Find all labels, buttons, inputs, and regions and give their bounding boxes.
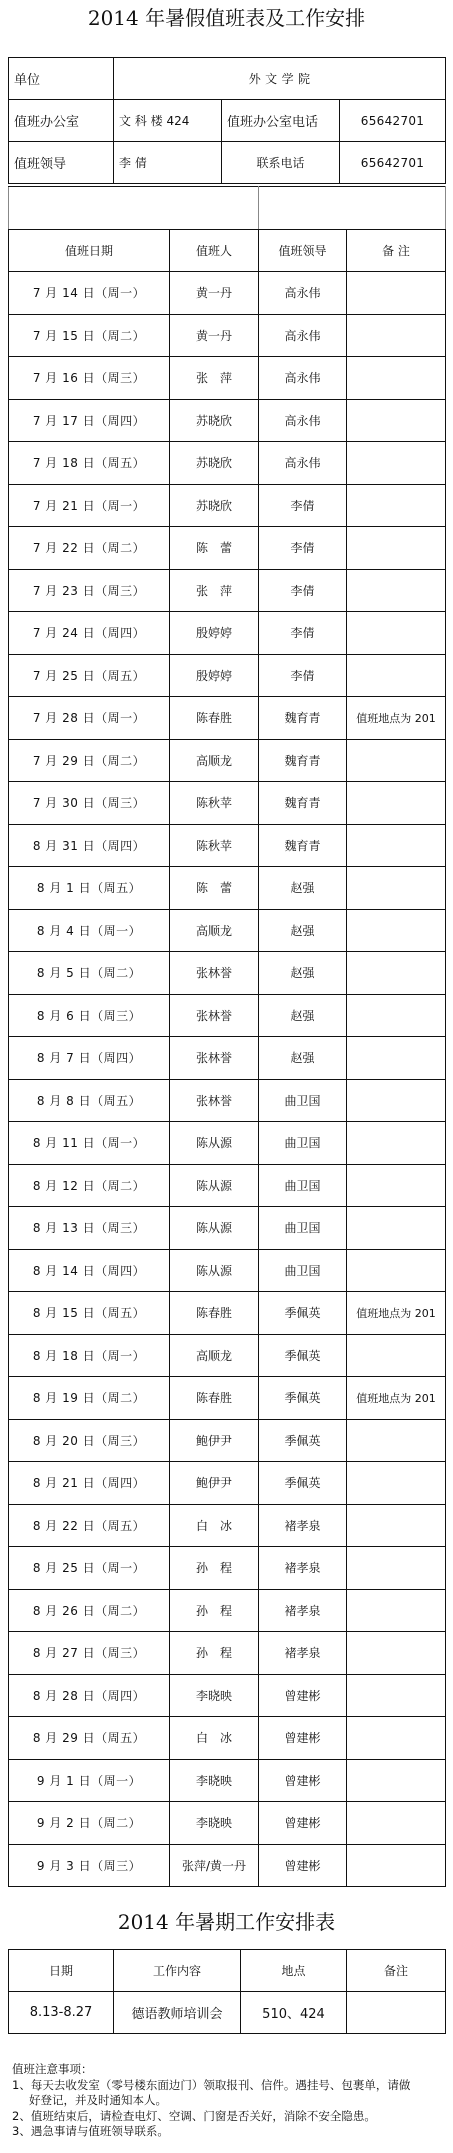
schedule-date: 8 月 6 日（周三）	[9, 994, 170, 1037]
schedule-person: 陈从源	[170, 1122, 259, 1165]
schedule-note	[347, 1802, 446, 1845]
schedule-person: 张萍/黄一丹	[170, 1844, 259, 1887]
schedule-note	[347, 612, 446, 655]
work-row: 8.13-8.27 德语教师培训会 510、424	[9, 1992, 446, 2034]
schedule-person: 陈春胜	[170, 1292, 259, 1335]
schedule-date: 8 月 26 日（周二）	[9, 1589, 170, 1632]
schedule-date: 9 月 2 日（周二）	[9, 1802, 170, 1845]
schedule-date: 8 月 8 日（周五）	[9, 1079, 170, 1122]
info-row-office: 值班办公室 文 科 楼 424 值班办公室电话 65642701	[9, 100, 446, 142]
schedule-person: 苏晓欣	[170, 484, 259, 527]
contact-phone-value: 65642701	[340, 142, 446, 184]
schedule-leader: 曾建彬	[259, 1674, 347, 1717]
schedule-note	[347, 654, 446, 697]
schedule-date: 8 月 25 日（周一）	[9, 1547, 170, 1590]
schedule-person: 陈从源	[170, 1207, 259, 1250]
schedule-person: 张林誉	[170, 1037, 259, 1080]
schedule-person: 鲍伊尹	[170, 1419, 259, 1462]
spacer-cell	[9, 187, 259, 230]
schedule-row: 7 月 16 日（周三）张 萍高永伟	[9, 357, 446, 400]
leader-value: 李 倩	[114, 142, 222, 184]
schedule-row: 7 月 28 日（周一）陈春胜魏育青值班地点为 201	[9, 697, 446, 740]
schedule-date: 8 月 7 日（周四）	[9, 1037, 170, 1080]
schedule-date: 8 月 21 日（周四）	[9, 1462, 170, 1505]
schedule-leader: 赵强	[259, 994, 347, 1037]
schedule-person: 孙 程	[170, 1632, 259, 1675]
schedule-row: 8 月 7 日（周四）张林誉赵强	[9, 1037, 446, 1080]
page-title: 2014 年暑假值班表及工作安排	[0, 2, 453, 31]
schedule-date: 7 月 17 日（周四）	[9, 399, 170, 442]
schedule-row: 8 月 27 日（周三）孙 程褚孝泉	[9, 1632, 446, 1675]
work-header-date: 日期	[9, 1950, 114, 1992]
schedule-row: 7 月 15 日（周二）黄一丹高永伟	[9, 314, 446, 357]
schedule-leader: 褚孝泉	[259, 1547, 347, 1590]
office-value: 文 科 楼 424	[114, 100, 222, 142]
schedule-person: 张林誉	[170, 952, 259, 995]
header-date: 值班日期	[9, 229, 170, 272]
schedule-note	[347, 1334, 446, 1377]
schedule-person: 苏晓欣	[170, 442, 259, 485]
schedule-leader: 李倩	[259, 612, 347, 655]
schedule-date: 8 月 18 日（周一）	[9, 1334, 170, 1377]
duty-schedule-table: 值班日期 值班人 值班领导 备 注 7 月 14 日（周一）黄一丹高永伟7 月 …	[8, 186, 446, 1887]
spacer-row	[9, 187, 446, 230]
schedule-note	[347, 1717, 446, 1760]
schedule-leader: 魏育青	[259, 824, 347, 867]
schedule-row: 8 月 19 日（周二）陈春胜季佩英值班地点为 201	[9, 1377, 446, 1420]
schedule-note	[347, 1419, 446, 1462]
schedule-person: 陈秋苹	[170, 824, 259, 867]
schedule-leader: 季佩英	[259, 1377, 347, 1420]
schedule-person: 白 冰	[170, 1717, 259, 1760]
schedule-row: 8 月 21 日（周四）鲍伊尹季佩英	[9, 1462, 446, 1505]
header-person: 值班人	[170, 229, 259, 272]
schedule-note	[347, 442, 446, 485]
schedule-leader: 曲卫国	[259, 1079, 347, 1122]
info-row-unit: 单位 外 文 学 院	[9, 58, 446, 100]
schedule-note	[347, 1759, 446, 1802]
notes-item: 3、遇急事请与值班领导联系。	[12, 2124, 442, 2140]
schedule-leader: 赵强	[259, 867, 347, 910]
schedule-person: 高顺龙	[170, 909, 259, 952]
schedule-leader: 曾建彬	[259, 1844, 347, 1887]
info-row-leader: 值班领导 李 倩 联系电话 65642701	[9, 142, 446, 184]
schedule-leader: 季佩英	[259, 1334, 347, 1377]
schedule-person: 陈 蕾	[170, 527, 259, 570]
schedule-person: 黄一丹	[170, 314, 259, 357]
schedule-note	[347, 824, 446, 867]
schedule-person: 孙 程	[170, 1589, 259, 1632]
schedule-row: 7 月 17 日（周四）苏晓欣高永伟	[9, 399, 446, 442]
schedule-person: 黄一丹	[170, 272, 259, 315]
schedule-note	[347, 1462, 446, 1505]
schedule-note	[347, 484, 446, 527]
schedule-leader: 曲卫国	[259, 1249, 347, 1292]
schedule-date: 7 月 14 日（周一）	[9, 272, 170, 315]
schedule-person: 张 萍	[170, 569, 259, 612]
schedule-person: 张林誉	[170, 1079, 259, 1122]
schedule-date: 7 月 21 日（周一）	[9, 484, 170, 527]
schedule-note	[347, 1844, 446, 1887]
schedule-row: 8 月 18 日（周一）高顺龙季佩英	[9, 1334, 446, 1377]
work-note	[347, 1992, 446, 2034]
work-header-location: 地点	[241, 1950, 347, 1992]
schedule-date: 7 月 30 日（周三）	[9, 782, 170, 825]
schedule-leader: 赵强	[259, 909, 347, 952]
schedule-person: 陈春胜	[170, 1377, 259, 1420]
office-phone-label: 值班办公室电话	[222, 100, 340, 142]
schedule-note	[347, 867, 446, 910]
notes-item-continued: 好登记，并及时通知本人。	[12, 2093, 442, 2109]
duty-notes: 值班注意事项： 1、每天去收发室（零号楼东面边门）领取报刊、信件。遇挂号、包裹单…	[12, 2062, 442, 2140]
schedule-note	[347, 1249, 446, 1292]
unit-label: 单位	[9, 58, 114, 100]
work-title: 2014 年暑期工作安排表	[0, 1906, 453, 1935]
schedule-date: 8 月 12 日（周二）	[9, 1164, 170, 1207]
schedule-person: 鲍伊尹	[170, 1462, 259, 1505]
schedule-row: 7 月 23 日（周三）张 萍李倩	[9, 569, 446, 612]
notes-item: 2、值班结束后，请检查电灯、空调、门窗是否关好，消除不安全隐患。	[12, 2109, 442, 2125]
schedule-note	[347, 357, 446, 400]
schedule-note	[347, 272, 446, 315]
schedule-leader: 李倩	[259, 527, 347, 570]
schedule-note: 值班地点为 201	[347, 697, 446, 740]
schedule-date: 8 月 14 日（周四）	[9, 1249, 170, 1292]
schedule-row: 8 月 22 日（周五）白 冰褚孝泉	[9, 1504, 446, 1547]
schedule-row: 7 月 24 日（周四）殷婷婷李倩	[9, 612, 446, 655]
schedule-note	[347, 1122, 446, 1165]
schedule-leader: 高永伟	[259, 442, 347, 485]
schedule-row: 8 月 26 日（周二）孙 程褚孝泉	[9, 1589, 446, 1632]
office-phone-value: 65642701	[340, 100, 446, 142]
notes-item: 1、每天去收发室（零号楼东面边门）领取报刊、信件。遇挂号、包裹单，请做	[12, 2078, 442, 2094]
schedule-date: 8 月 5 日（周二）	[9, 952, 170, 995]
schedule-leader: 赵强	[259, 952, 347, 995]
schedule-leader: 魏育青	[259, 697, 347, 740]
work-date: 8.13-8.27	[9, 1992, 114, 2034]
schedule-person: 白 冰	[170, 1504, 259, 1547]
schedule-person: 张 萍	[170, 357, 259, 400]
schedule-leader: 褚孝泉	[259, 1632, 347, 1675]
office-label: 值班办公室	[9, 100, 114, 142]
notes-heading: 值班注意事项：	[12, 2062, 442, 2078]
schedule-note	[347, 399, 446, 442]
schedule-row: 8 月 11 日（周一）陈从源曲卫国	[9, 1122, 446, 1165]
schedule-row: 8 月 28 日（周四）李晓映曾建彬	[9, 1674, 446, 1717]
schedule-leader: 曲卫国	[259, 1122, 347, 1165]
schedule-person: 陈从源	[170, 1249, 259, 1292]
schedule-row: 8 月 15 日（周五）陈春胜季佩英值班地点为 201	[9, 1292, 446, 1335]
schedule-note	[347, 1547, 446, 1590]
schedule-date: 7 月 25 日（周五）	[9, 654, 170, 697]
schedule-row: 7 月 22 日（周二）陈 蕾李倩	[9, 527, 446, 570]
schedule-date: 8 月 20 日（周三）	[9, 1419, 170, 1462]
schedule-row: 8 月 12 日（周二）陈从源曲卫国	[9, 1164, 446, 1207]
spacer-cell	[259, 187, 446, 230]
schedule-note	[347, 909, 446, 952]
leader-label: 值班领导	[9, 142, 114, 184]
info-table: 单位 外 文 学 院 值班办公室 文 科 楼 424 值班办公室电话 65642…	[8, 57, 446, 184]
schedule-leader: 李倩	[259, 484, 347, 527]
schedule-leader: 曲卫国	[259, 1207, 347, 1250]
schedule-leader: 季佩英	[259, 1419, 347, 1462]
schedule-date: 7 月 23 日（周三）	[9, 569, 170, 612]
schedule-person: 李晓映	[170, 1674, 259, 1717]
schedule-row: 8 月 14 日（周四）陈从源曲卫国	[9, 1249, 446, 1292]
schedule-person: 李晓映	[170, 1802, 259, 1845]
schedule-leader: 曾建彬	[259, 1717, 347, 1760]
schedule-row: 8 月 31 日（周四）陈秋苹魏育青	[9, 824, 446, 867]
schedule-row: 8 月 5 日（周二）张林誉赵强	[9, 952, 446, 995]
work-content: 德语教师培训会	[114, 1992, 241, 2034]
schedule-note	[347, 1164, 446, 1207]
schedule-row: 7 月 25 日（周五）殷婷婷李倩	[9, 654, 446, 697]
schedule-date: 7 月 28 日（周一）	[9, 697, 170, 740]
schedule-date: 7 月 18 日（周五）	[9, 442, 170, 485]
schedule-row: 8 月 6 日（周三）张林誉赵强	[9, 994, 446, 1037]
schedule-date: 7 月 15 日（周二）	[9, 314, 170, 357]
schedule-note	[347, 569, 446, 612]
schedule-person: 陈 蕾	[170, 867, 259, 910]
schedule-date: 9 月 1 日（周一）	[9, 1759, 170, 1802]
schedule-note	[347, 1674, 446, 1717]
schedule-date: 8 月 31 日（周四）	[9, 824, 170, 867]
schedule-leader: 李倩	[259, 569, 347, 612]
schedule-note	[347, 1589, 446, 1632]
schedule-note	[347, 314, 446, 357]
schedule-date: 8 月 15 日（周五）	[9, 1292, 170, 1335]
schedule-leader: 褚孝泉	[259, 1504, 347, 1547]
schedule-leader: 曾建彬	[259, 1759, 347, 1802]
schedule-row: 8 月 25 日（周一）孙 程褚孝泉	[9, 1547, 446, 1590]
unit-value: 外 文 学 院	[114, 58, 446, 100]
schedule-leader: 魏育青	[259, 739, 347, 782]
schedule-note	[347, 782, 446, 825]
schedule-leader: 赵强	[259, 1037, 347, 1080]
schedule-date: 8 月 27 日（周三）	[9, 1632, 170, 1675]
schedule-note	[347, 739, 446, 782]
schedule-leader: 季佩英	[259, 1292, 347, 1335]
schedule-note	[347, 1037, 446, 1080]
work-header-row: 日期 工作内容 地点 备注	[9, 1950, 446, 1992]
header-note: 备 注	[347, 229, 446, 272]
schedule-row: 8 月 29 日（周五）白 冰曾建彬	[9, 1717, 446, 1760]
schedule-row: 8 月 13 日（周三）陈从源曲卫国	[9, 1207, 446, 1250]
work-header-note: 备注	[347, 1950, 446, 1992]
schedule-leader: 高永伟	[259, 399, 347, 442]
schedule-date: 8 月 19 日（周二）	[9, 1377, 170, 1420]
schedule-row: 8 月 1 日（周五）陈 蕾赵强	[9, 867, 446, 910]
schedule-row: 9 月 2 日（周二）李晓映曾建彬	[9, 1802, 446, 1845]
work-location: 510、424	[241, 1992, 347, 2034]
schedule-person: 高顺龙	[170, 739, 259, 782]
schedule-leader: 曾建彬	[259, 1802, 347, 1845]
schedule-leader: 季佩英	[259, 1462, 347, 1505]
schedule-note	[347, 527, 446, 570]
schedule-date: 8 月 11 日（周一）	[9, 1122, 170, 1165]
schedule-row: 8 月 8 日（周五）张林誉曲卫国	[9, 1079, 446, 1122]
schedule-leader: 高永伟	[259, 272, 347, 315]
schedule-person: 陈从源	[170, 1164, 259, 1207]
schedule-note	[347, 1079, 446, 1122]
schedule-leader: 高永伟	[259, 357, 347, 400]
schedule-leader: 褚孝泉	[259, 1589, 347, 1632]
schedule-person: 张林誉	[170, 994, 259, 1037]
schedule-leader: 高永伟	[259, 314, 347, 357]
schedule-person: 苏晓欣	[170, 399, 259, 442]
schedule-date: 8 月 22 日（周五）	[9, 1504, 170, 1547]
schedule-date: 8 月 1 日（周五）	[9, 867, 170, 910]
schedule-header-row: 值班日期 值班人 值班领导 备 注	[9, 229, 446, 272]
schedule-date: 8 月 28 日（周四）	[9, 1674, 170, 1717]
schedule-date: 9 月 3 日（周三）	[9, 1844, 170, 1887]
schedule-date: 8 月 29 日（周五）	[9, 1717, 170, 1760]
schedule-note	[347, 1632, 446, 1675]
schedule-note: 值班地点为 201	[347, 1377, 446, 1420]
schedule-leader: 李倩	[259, 654, 347, 697]
work-header-content: 工作内容	[114, 1950, 241, 1992]
schedule-date: 7 月 24 日（周四）	[9, 612, 170, 655]
schedule-person: 高顺龙	[170, 1334, 259, 1377]
schedule-date: 7 月 16 日（周三）	[9, 357, 170, 400]
schedule-person: 孙 程	[170, 1547, 259, 1590]
schedule-note	[347, 994, 446, 1037]
schedule-person: 陈秋苹	[170, 782, 259, 825]
schedule-date: 8 月 13 日（周三）	[9, 1207, 170, 1250]
schedule-row: 7 月 29 日（周二）高顺龙魏育青	[9, 739, 446, 782]
schedule-note	[347, 1504, 446, 1547]
schedule-note: 值班地点为 201	[347, 1292, 446, 1335]
schedule-note	[347, 952, 446, 995]
schedule-row: 9 月 1 日（周一）李晓映曾建彬	[9, 1759, 446, 1802]
schedule-leader: 曲卫国	[259, 1164, 347, 1207]
schedule-row: 7 月 18 日（周五）苏晓欣高永伟	[9, 442, 446, 485]
schedule-person: 李晓映	[170, 1759, 259, 1802]
schedule-row: 9 月 3 日（周三）张萍/黄一丹曾建彬	[9, 1844, 446, 1887]
schedule-person: 殷婷婷	[170, 654, 259, 697]
schedule-row: 8 月 4 日（周一）高顺龙赵强	[9, 909, 446, 952]
schedule-date: 8 月 4 日（周一）	[9, 909, 170, 952]
schedule-row: 8 月 20 日（周三）鲍伊尹季佩英	[9, 1419, 446, 1462]
schedule-date: 7 月 29 日（周二）	[9, 739, 170, 782]
schedule-row: 7 月 14 日（周一）黄一丹高永伟	[9, 272, 446, 315]
schedule-row: 7 月 30 日（周三）陈秋苹魏育青	[9, 782, 446, 825]
schedule-note	[347, 1207, 446, 1250]
schedule-person: 殷婷婷	[170, 612, 259, 655]
contact-phone-label: 联系电话	[222, 142, 340, 184]
work-table: 日期 工作内容 地点 备注 8.13-8.27 德语教师培训会 510、424	[8, 1949, 446, 2034]
schedule-date: 7 月 22 日（周二）	[9, 527, 170, 570]
schedule-leader: 魏育青	[259, 782, 347, 825]
schedule-person: 陈春胜	[170, 697, 259, 740]
schedule-row: 7 月 21 日（周一）苏晓欣李倩	[9, 484, 446, 527]
header-leader: 值班领导	[259, 229, 347, 272]
